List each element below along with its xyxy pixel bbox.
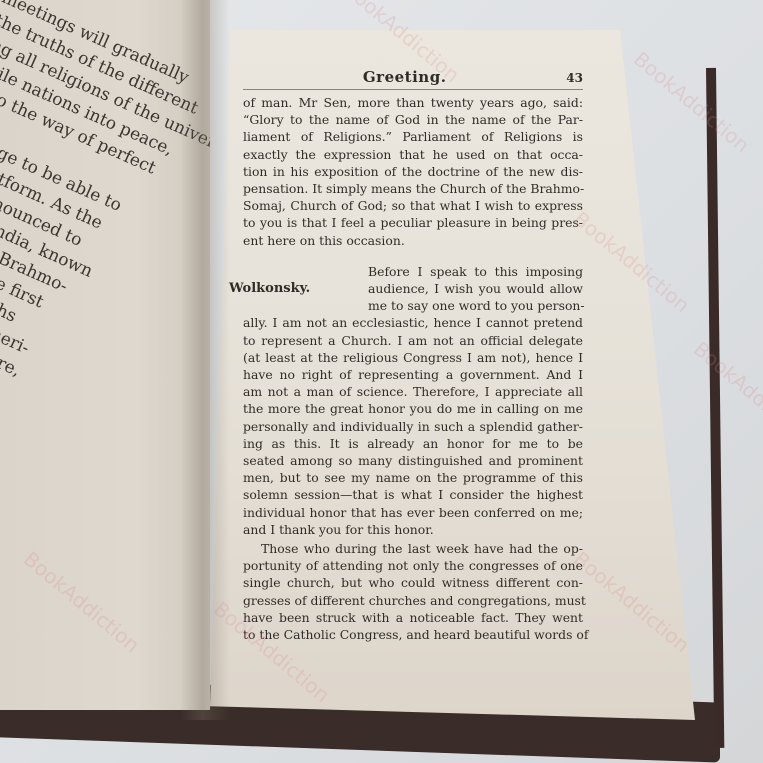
left-page-text: lations meetings will gradually igating …: [0, 0, 210, 704]
text-line: solemn session—that is what I consider t…: [243, 486, 583, 503]
watermark: BookAddiction: [629, 47, 754, 158]
text-line: pensation. It simply means the Church of…: [243, 180, 583, 197]
text-line: liament of Religions.” Parliament of Rel…: [243, 128, 583, 145]
text-line: (at least at the religious Congress I am…: [243, 349, 583, 366]
paragraph-1: of man. Mr Sen, more than twenty years a…: [243, 94, 583, 249]
text-line: have no right of representing a governme…: [243, 366, 583, 383]
text-line: single church, but who could witness dif…: [243, 574, 583, 591]
paragraph-2: ally. I am not an ecclesiastic, hence I …: [243, 314, 583, 538]
text-line: am not a man of science. Therefore, I ap…: [243, 383, 583, 400]
text-line: exactly the expression that he used on t…: [243, 146, 583, 163]
speaker-block: Wolkonsky. Before I speak to this imposi…: [243, 263, 583, 538]
text-line: individual honor that has ever been conf…: [243, 504, 583, 521]
left-page: lations meetings will gradually igating …: [0, 0, 210, 710]
text-line: and I thank you for this honor.: [243, 521, 583, 538]
text-line: me to say one word to you person-: [243, 297, 583, 314]
text-line: to represent a Church. I am not an offic…: [243, 332, 583, 349]
text-line: ally. I am not an ecclesiastic, hence I …: [243, 314, 583, 331]
watermark: BookAddiction: [689, 337, 763, 448]
text-line: portunity of attending not only the cong…: [243, 557, 583, 574]
page-number: 43: [566, 71, 583, 85]
text-line: ing as this. It is already an honor for …: [243, 435, 583, 452]
text-line: to the Catholic Congress, and heard beau…: [243, 626, 583, 643]
right-page-content: Greeting. 43 of man. Mr Sen, more than t…: [243, 68, 583, 643]
running-head-title: Greeting.: [243, 68, 566, 86]
running-header: Greeting. 43: [243, 68, 583, 90]
text-line: of man. Mr Sen, more than twenty years a…: [243, 94, 583, 111]
text-line: have been struck with a noticeable fact.…: [243, 609, 583, 626]
text-line: men, but to see my name on the programme…: [243, 469, 583, 486]
text-line: “Glory to the name of God in the name of…: [243, 111, 583, 128]
text-line: Those who during the last week have had …: [243, 540, 583, 557]
text-line: gresses of different churches and congre…: [243, 592, 583, 609]
text-line: the more the great honor you do me in ca…: [243, 400, 583, 417]
speaker-name: Wolkonsky.: [229, 281, 310, 296]
text-line: tion in his exposition of the doctrine o…: [243, 163, 583, 180]
text-line: personally and individually in such a sp…: [243, 418, 583, 435]
text-line: to you is that I feel a peculiar pleasur…: [243, 214, 583, 231]
book-cover-right-edge: [706, 68, 724, 748]
text-line: Before I speak to this imposing: [243, 263, 583, 280]
text-line: Somaj, Church of God; so that what I wis…: [243, 197, 583, 214]
book-gutter: [180, 0, 230, 720]
text-line: seated among so many distinguished and p…: [243, 452, 583, 469]
paragraph-3: Those who during the last week have had …: [243, 540, 583, 643]
text-line: ent here on this occasion.: [243, 232, 583, 249]
